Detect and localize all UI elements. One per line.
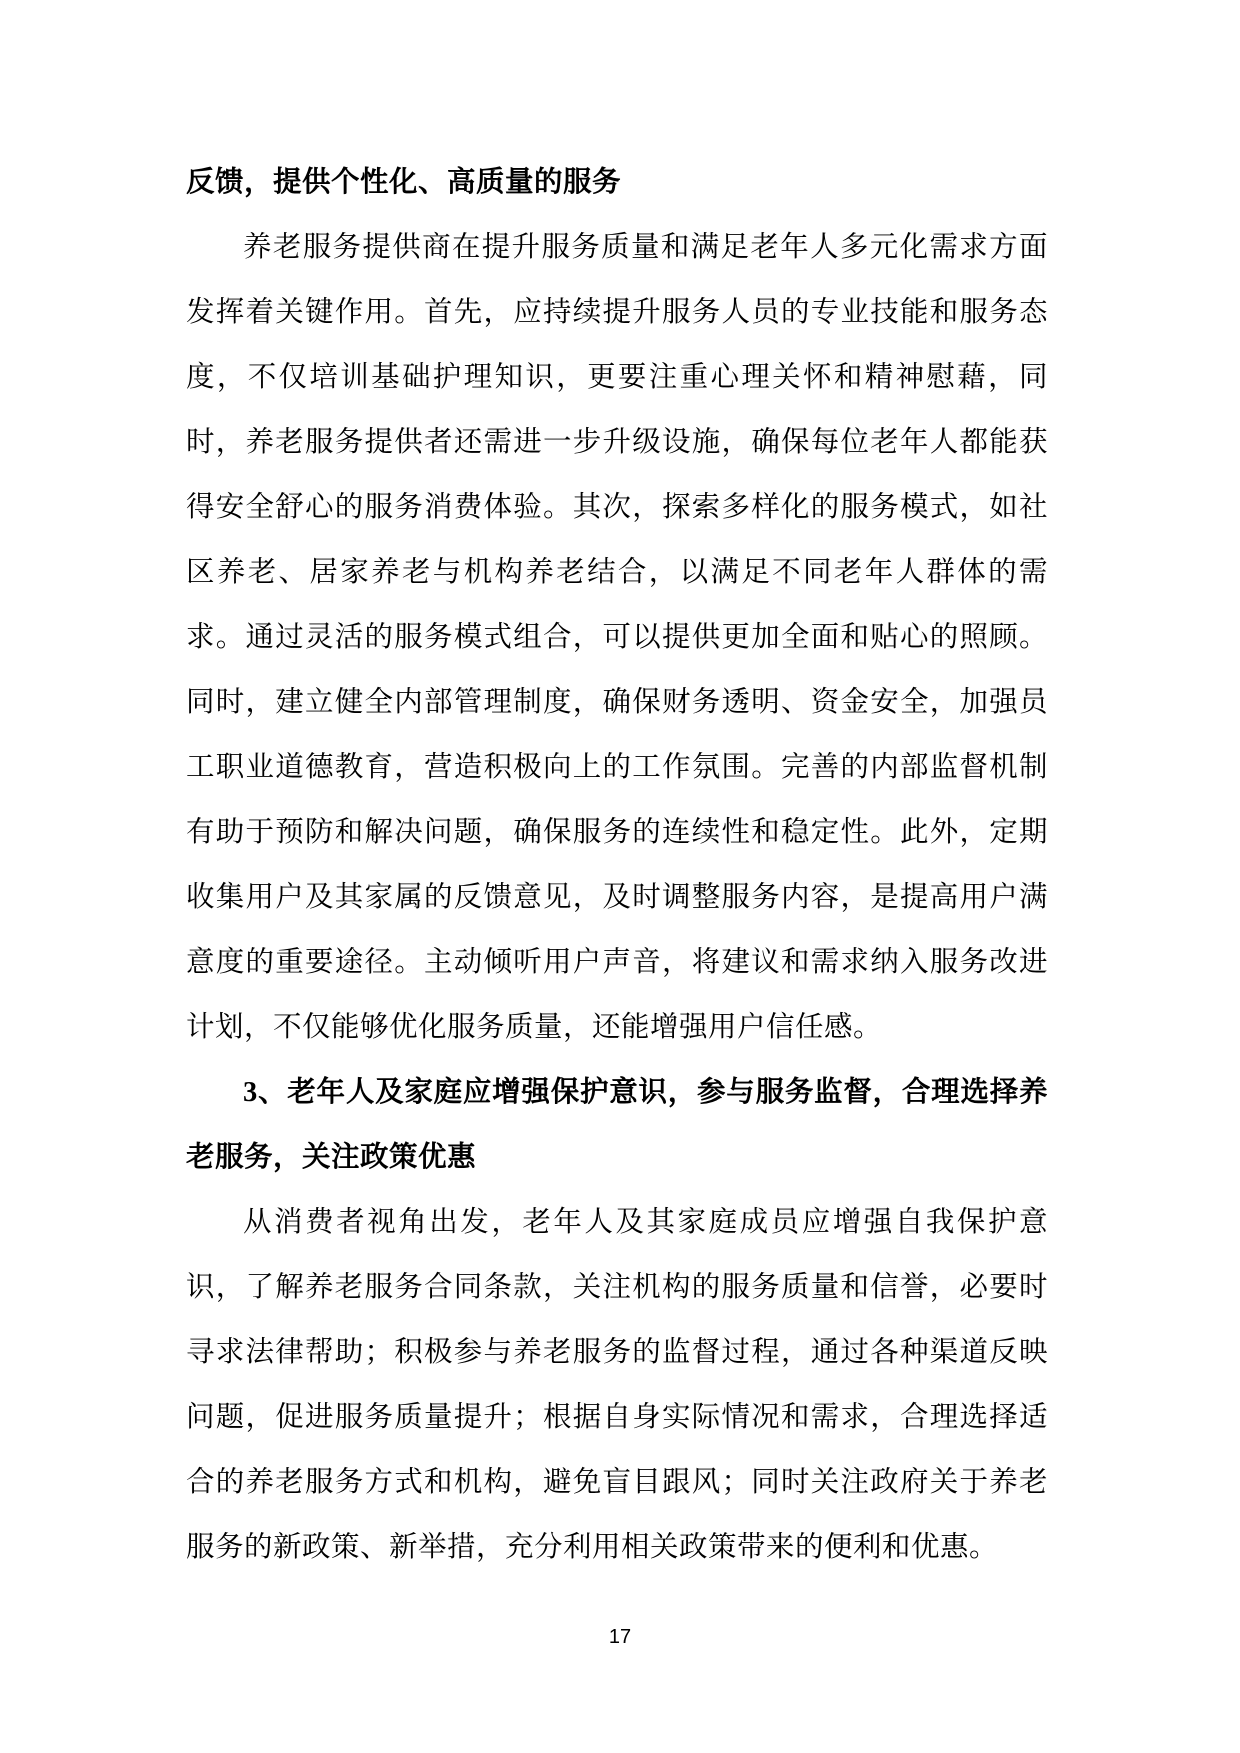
section-heading-continuation: 反馈，提供个性化、高质量的服务 <box>186 150 1048 215</box>
document-body: 反馈，提供个性化、高质量的服务 养老服务提供商在提升服务质量和满足老年人多元化需… <box>186 150 1048 1580</box>
paragraph-consumer-perspective: 从消费者视角出发，老年人及其家庭成员应增强自我保护意识，了解养老服务合同条款，关… <box>186 1190 1048 1580</box>
section-heading-3: 3、老年人及家庭应增强保护意识，参与服务监督，合理选择养老服务，关注政策优惠 <box>186 1060 1048 1190</box>
paragraph-provider-responsibilities: 养老服务提供商在提升服务质量和满足老年人多元化需求方面发挥着关键作用。首先，应持… <box>186 215 1048 1060</box>
page-number: 17 <box>0 1626 1240 1649</box>
document-page: 反馈，提供个性化、高质量的服务 养老服务提供商在提升服务质量和满足老年人多元化需… <box>0 0 1240 1753</box>
